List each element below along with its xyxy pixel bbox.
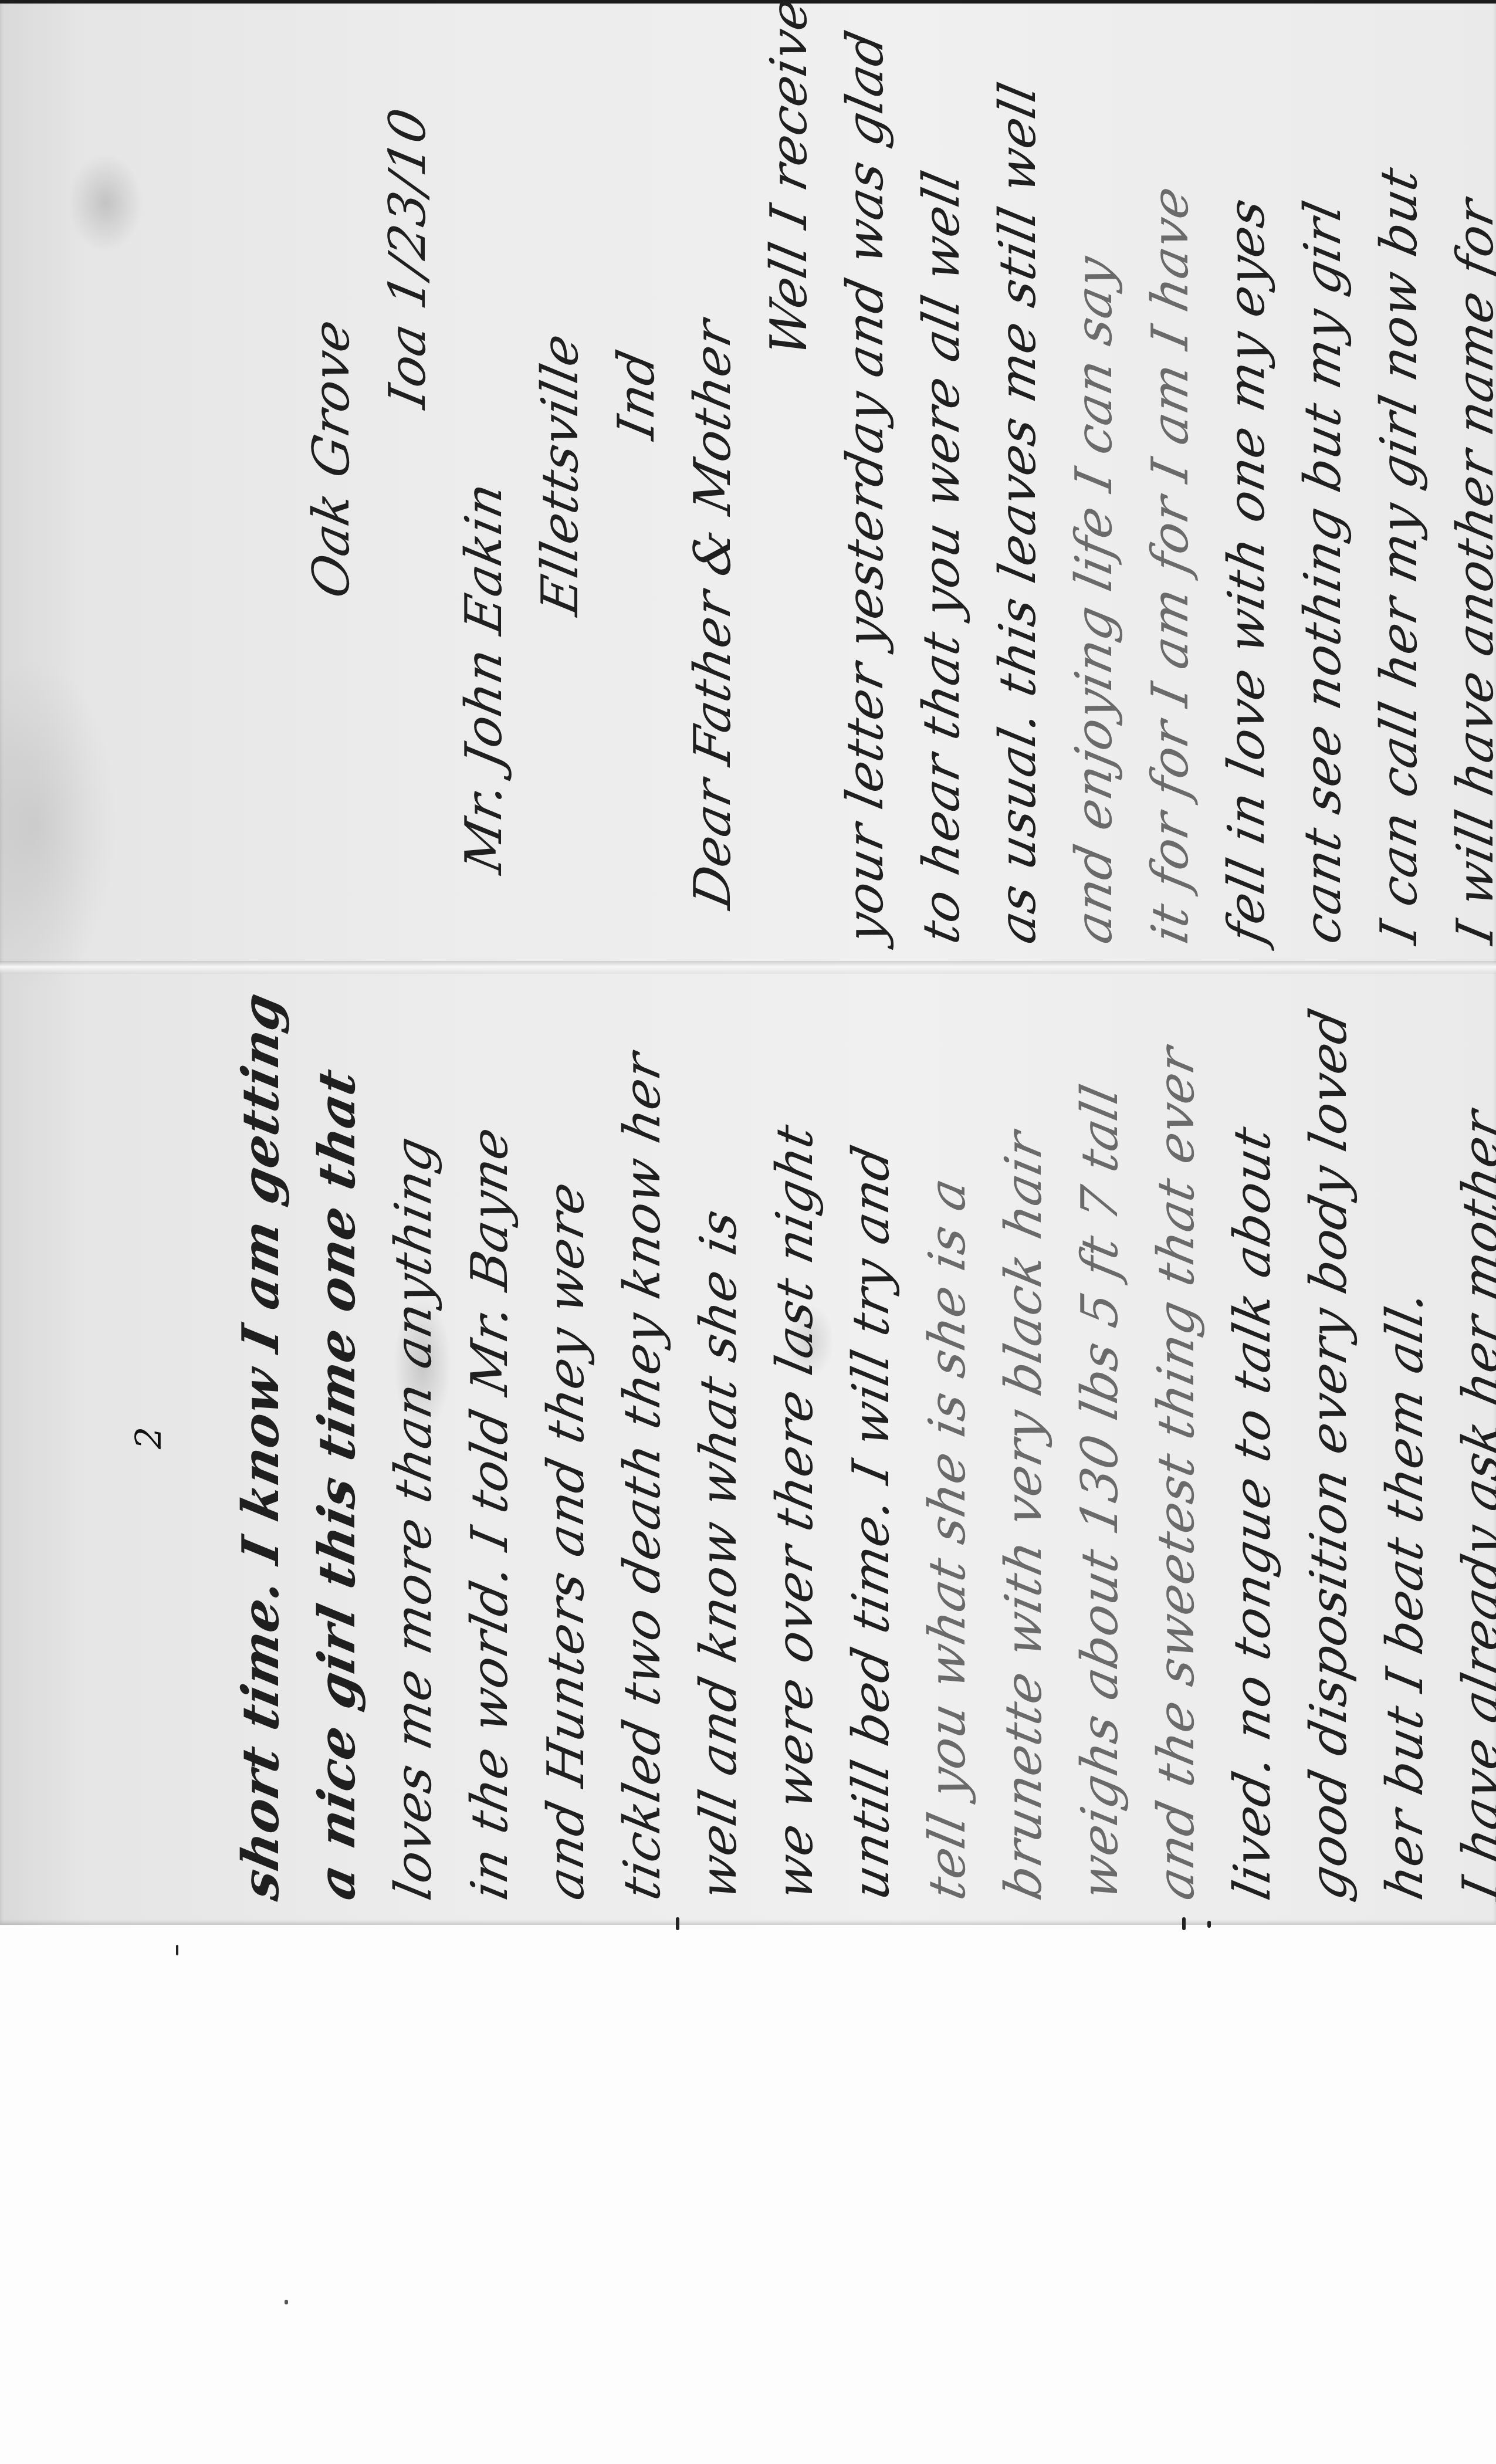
body-line: as usual. this leaves me still well <box>980 66 1056 950</box>
letter-place: Oak Grove <box>293 66 370 950</box>
body-line: and enjoying life I can say <box>1056 66 1132 950</box>
scanned-letter-sheet: Oak Grove Ioa 1/23/10 Mr. John Eakin Ell… <box>0 0 1496 1925</box>
addressee-state: Ind <box>598 66 675 950</box>
body-line: tell you what she is she is a <box>909 999 986 1907</box>
body-line: well and know what she is <box>681 999 757 1907</box>
paper-fold-line <box>0 961 1496 974</box>
body-line: in the world. I told Mr. Bayne <box>452 999 528 1907</box>
addressee-name: Mr. John Eakin <box>446 66 522 950</box>
body-line: fell in love with one my eyes <box>1209 66 1285 950</box>
salutation: Dear Father & Mother <box>675 66 751 950</box>
body-line: and the sweetest thing that ever <box>1138 999 1214 1907</box>
body-line: I have already ask her mother <box>1443 999 1496 1907</box>
body-line: weighs about 130 lbs 5 ft 7 tall <box>1062 999 1138 1907</box>
scanner-mark <box>176 1945 178 1955</box>
letter-date: Ioa 1/23/10 <box>370 66 446 950</box>
body-line: good disposition every body loved <box>1291 999 1367 1907</box>
body-line: I will have another name for <box>1437 66 1496 950</box>
scanner-mark <box>285 2300 288 2304</box>
body-line: tickled two death they know her <box>604 999 681 1907</box>
ink-speck <box>1182 1917 1186 1930</box>
letter-page-1: Oak Grove Ioa 1/23/10 Mr. John Eakin Ell… <box>293 74 1478 942</box>
body-line: loves me more than anything <box>375 999 452 1907</box>
addressee-town: Ellettsville <box>522 66 598 950</box>
page-number: 2 <box>128 1427 170 1449</box>
body-line: I can call her my girl now but <box>1361 66 1437 950</box>
body-line: her but I beat them all. <box>1367 999 1443 1907</box>
body-line: we were over there last night <box>757 999 833 1907</box>
body-line: to hear that you were all well <box>903 66 980 950</box>
letter-page-2: short time. I know I am getting a nice g… <box>223 1007 1349 1898</box>
body-line: and Hunters and they were <box>528 999 604 1907</box>
body-line: short time. I know I am getting <box>223 999 299 1907</box>
body-line: cant see nothing but my girl <box>1285 66 1361 950</box>
body-line: it for for I am for I am I have <box>1132 66 1209 950</box>
ink-speck <box>1207 1921 1211 1928</box>
body-line: your letter yesterday and was glad <box>827 66 903 950</box>
body-line: Well I received <box>751 66 827 950</box>
body-line: lived. no tongue to talk about <box>1214 999 1291 1907</box>
body-line: brunette with very black hair <box>986 999 1062 1907</box>
ink-speck <box>676 1917 679 1930</box>
body-line: untill bed time. I will try and <box>833 999 909 1907</box>
body-line: a nice girl this time one that <box>299 999 375 1907</box>
